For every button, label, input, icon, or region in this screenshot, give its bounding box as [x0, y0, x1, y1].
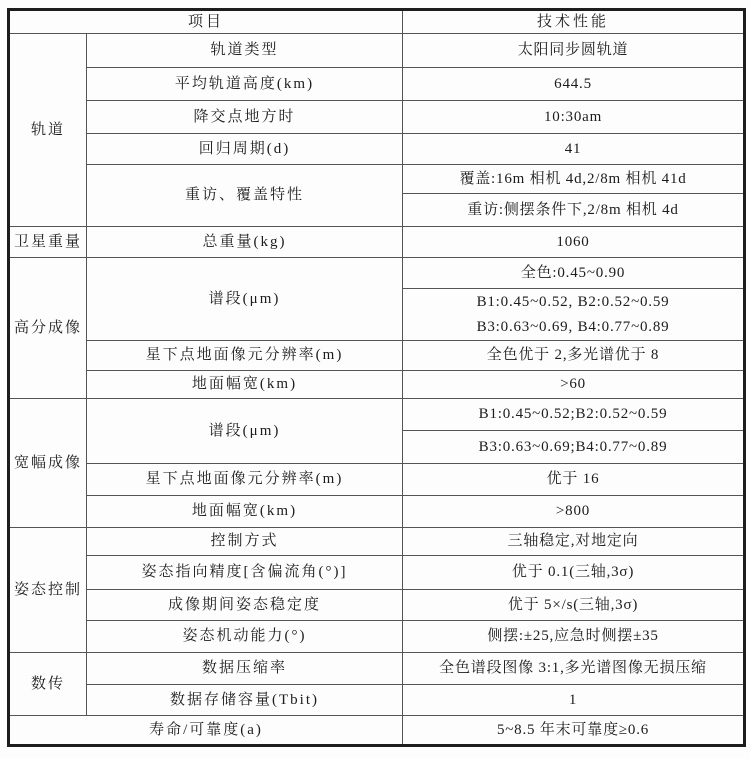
spec-value-total-weight: 1060 [403, 227, 745, 258]
header-perf-col: 技术性能 [403, 10, 745, 34]
spec-value-local-time: 10:30am [403, 101, 745, 134]
spec-item-stability: 成像期间姿态稳定度 [87, 590, 403, 621]
table-row: 降交点地方时 10:30am [9, 101, 745, 134]
spec-item-maneuver: 姿态机动能力(°) [87, 621, 403, 653]
table-header-row: 项目 技术性能 [9, 10, 745, 34]
table-row: 重访、覆盖特性 覆盖:16m 相机 4d,2/8m 相机 41d [9, 165, 745, 194]
spec-item-total-weight: 总重量(kg) [87, 227, 403, 258]
spec-value-stability: 优于 5×/s(三轴,3σ) [403, 590, 745, 621]
group-label-hires: 高分成像 [9, 258, 87, 399]
table-row: 寿命/可靠度(a) 5~8.5 年末可靠度≥0.6 [9, 716, 745, 746]
spec-item-coverage: 重访、覆盖特性 [87, 165, 403, 227]
spec-item-pointing-accuracy: 姿态指向精度[含偏流角(°)] [87, 556, 403, 590]
spec-value-wide-b34: B3:0.63~0.69;B4:0.77~0.89 [403, 431, 745, 464]
spec-value-control-mode: 三轴稳定,对地定向 [403, 528, 745, 556]
spec-value-revisit-period: 41 [403, 134, 745, 165]
spec-value-wide-swath: >800 [403, 496, 745, 528]
spec-value-wide-resolution: 优于 16 [403, 464, 745, 496]
header-item-col: 项目 [9, 10, 403, 34]
spec-item-local-time: 降交点地方时 [87, 101, 403, 134]
spec-value-orbit-type: 太阳同步圆轨道 [403, 34, 745, 68]
table-row: 地面幅宽(km) >800 [9, 496, 745, 528]
spec-value-altitude: 644.5 [403, 68, 745, 101]
spec-value-compression: 全色谱段图像 3:1,多光谱图像无损压缩 [403, 653, 745, 685]
spec-item-revisit-period: 回归周期(d) [87, 134, 403, 165]
spec-item-hires-swath: 地面幅宽(km) [87, 371, 403, 399]
spec-value-coverage: 覆盖:16m 相机 4d,2/8m 相机 41d [403, 165, 745, 194]
table-row: 星下点地面像元分辨率(m) 优于 16 [9, 464, 745, 496]
spec-value-lifetime: 5~8.5 年末可靠度≥0.6 [403, 716, 745, 746]
spec-item-storage: 数据存储容量(Tbit) [87, 685, 403, 716]
table-row: 数传 数据压缩率 全色谱段图像 3:1,多光谱图像无损压缩 [9, 653, 745, 685]
table-row: 成像期间姿态稳定度 优于 5×/s(三轴,3σ) [9, 590, 745, 621]
spec-value-hires-multispectral: B1:0.45~0.52, B2:0.52~0.59 B3:0.63~0.69,… [403, 289, 745, 341]
spec-item-wide-spectral: 谱段(μm) [87, 399, 403, 464]
spec-table: 项目 技术性能 轨道 轨道类型 太阳同步圆轨道 平均轨道高度(km) 644.5… [7, 8, 746, 747]
table-row: 姿态指向精度[含偏流角(°)] 优于 0.1(三轴,3σ) [9, 556, 745, 590]
spec-item-hires-spectral: 谱段(μm) [87, 258, 403, 341]
table-row: 卫星重量 总重量(kg) 1060 [9, 227, 745, 258]
table-row: 星下点地面像元分辨率(m) 全色优于 2,多光谱优于 8 [9, 341, 745, 371]
spec-item-altitude: 平均轨道高度(km) [87, 68, 403, 101]
spec-value-wide-b12: B1:0.45~0.52;B2:0.52~0.59 [403, 399, 745, 431]
table-row: 地面幅宽(km) >60 [9, 371, 745, 399]
spec-item-wide-swath: 地面幅宽(km) [87, 496, 403, 528]
spec-value-pointing-accuracy: 优于 0.1(三轴,3σ) [403, 556, 745, 590]
spec-item-wide-resolution: 星下点地面像元分辨率(m) [87, 464, 403, 496]
spec-value-hires-ms-line2: B3:0.63~0.69, B4:0.77~0.89 [405, 315, 741, 340]
group-label-datalink: 数传 [9, 653, 87, 716]
table-row: 回归周期(d) 41 [9, 134, 745, 165]
group-label-weight: 卫星重量 [9, 227, 87, 258]
spec-value-storage: 1 [403, 685, 745, 716]
group-label-orbit: 轨道 [9, 34, 87, 227]
spec-item-lifetime: 寿命/可靠度(a) [9, 716, 403, 746]
table-row: 高分成像 谱段(μm) 全色:0.45~0.90 [9, 258, 745, 289]
spec-value-revisit: 重访:侧摆条件下,2/8m 相机 4d [403, 194, 745, 227]
spec-value-hires-ms-line1: B1:0.45~0.52, B2:0.52~0.59 [405, 290, 741, 315]
spec-item-compression: 数据压缩率 [87, 653, 403, 685]
table-row: 姿态控制 控制方式 三轴稳定,对地定向 [9, 528, 745, 556]
spec-value-hires-swath: >60 [403, 371, 745, 399]
table-row: 数据存储容量(Tbit) 1 [9, 685, 745, 716]
table-row: 轨道 轨道类型 太阳同步圆轨道 [9, 34, 745, 68]
spec-item-hires-resolution: 星下点地面像元分辨率(m) [87, 341, 403, 371]
group-label-attitude: 姿态控制 [9, 528, 87, 653]
document-page: 项目 技术性能 轨道 轨道类型 太阳同步圆轨道 平均轨道高度(km) 644.5… [0, 0, 750, 759]
table-row: 姿态机动能力(°) 侧摆:±25,应急时侧摆±35 [9, 621, 745, 653]
spec-item-control-mode: 控制方式 [87, 528, 403, 556]
spec-value-hires-resolution: 全色优于 2,多光谱优于 8 [403, 341, 745, 371]
spec-item-orbit-type: 轨道类型 [87, 34, 403, 68]
table-row: 平均轨道高度(km) 644.5 [9, 68, 745, 101]
spec-value-maneuver: 侧摆:±25,应急时侧摆±35 [403, 621, 745, 653]
spec-value-hires-pan: 全色:0.45~0.90 [403, 258, 745, 289]
group-label-wide: 宽幅成像 [9, 399, 87, 528]
table-row: 宽幅成像 谱段(μm) B1:0.45~0.52;B2:0.52~0.59 [9, 399, 745, 431]
